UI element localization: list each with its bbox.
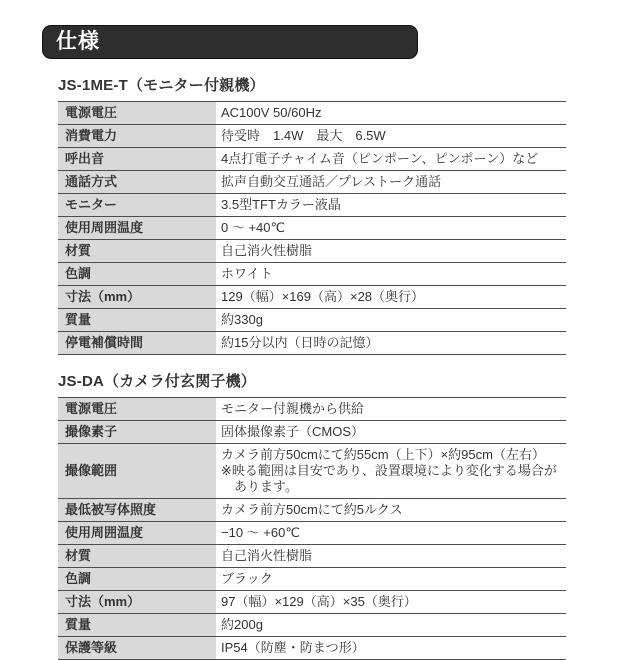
spec-row: 最低被写体照度 カメラ前方50cmにて約5ルクス (58, 499, 566, 522)
spec-value-text: AC100V 50/60Hz (221, 105, 562, 121)
spec-label: 色調 (58, 568, 216, 590)
spec-value: 約330g (216, 309, 566, 331)
spec-value: 約200g (216, 614, 566, 636)
spec-value-text: 約15分以内（日時の記憶） (221, 335, 562, 351)
spec-label: モニター (58, 194, 216, 216)
spec-row: 停電補償時間 約15分以内（日時の記憶） (58, 332, 566, 355)
spec-value: カメラ前方50cmにて約5ルクス (216, 499, 566, 521)
spec-label: 消費電力 (58, 125, 216, 147)
spec-label: 使用周囲温度 (58, 217, 216, 239)
spec-row: 呼出音 4点打電子チャイム音（ピンポーン、ピンポーン）など (58, 148, 566, 171)
spec-value-text: 129（幅）×169（高）×28（奥行） (221, 289, 562, 305)
spec-label: 停電補償時間 (58, 332, 216, 354)
spec-value-text: 4点打電子チャイム音（ピンポーン、ピンポーン）など (221, 151, 562, 167)
spec-row: 使用周囲温度 0 ～ +40℃ (58, 217, 566, 240)
spec-row: 撮像素子 固体撮像素子（CMOS） (58, 421, 566, 444)
section-title: JS-DA（カメラ付玄関子機） (58, 370, 566, 391)
spec-value-text: 待受時 1.4W 最大 6.5W (221, 128, 562, 144)
spec-value-text: 97（幅）×129（高）×35（奥行） (221, 594, 562, 610)
spec-row: 色調 ホワイト (58, 263, 566, 286)
spec-label: 最低被写体照度 (58, 499, 216, 521)
spec-value-note: ※映る範囲は目安であり、設置環境により変化する場合があります。 (221, 463, 562, 495)
spec-value: 0 ～ +40℃ (216, 217, 566, 239)
spec-label: 保護等級 (58, 637, 216, 659)
spec-row: 撮像範囲 カメラ前方50cmにて約55cm（上下）×約95cm（左右） ※映る範… (58, 444, 566, 499)
spec-label: 色調 (58, 263, 216, 285)
spec-row: 通話方式 拡声自動交互通話／プレストーク通話 (58, 171, 566, 194)
spec-value-text: ホワイト (221, 266, 562, 282)
spec-value: −10 ～ +60℃ (216, 522, 566, 544)
spec-row: 寸法（mm） 97（幅）×129（高）×35（奥行） (58, 591, 566, 614)
spec-label: 撮像素子 (58, 421, 216, 443)
spec-section: JS-1ME-T（モニター付親機） 電源電圧 AC100V 50/60Hz 消費… (58, 74, 566, 355)
spec-row: 電源電圧 AC100V 50/60Hz (58, 102, 566, 125)
spec-row: 電源電圧 モニター付親機から供給 (58, 398, 566, 421)
spec-value-text: IP54（防塵・防まつ形） (221, 640, 562, 656)
spec-row: 消費電力 待受時 1.4W 最大 6.5W (58, 125, 566, 148)
spec-value: 約15分以内（日時の記憶） (216, 332, 566, 354)
spec-value: 3.5型TFTカラー液晶 (216, 194, 566, 216)
spec-label: 材質 (58, 240, 216, 262)
spec-value-text: 0 ～ +40℃ (221, 220, 562, 236)
spec-label: 通話方式 (58, 171, 216, 193)
spec-label: 使用周囲温度 (58, 522, 216, 544)
spec-value-text: 約330g (221, 312, 562, 328)
spec-section: JS-DA（カメラ付玄関子機） 電源電圧 モニター付親機から供給 撮像素子 固体… (58, 370, 566, 660)
spec-label: 撮像範囲 (58, 444, 216, 498)
spec-table: 電源電圧 AC100V 50/60Hz 消費電力 待受時 1.4W 最大 6.5… (58, 101, 566, 355)
spec-value-text: 自己消火性樹脂 (221, 243, 562, 259)
spec-label: 寸法（mm） (58, 591, 216, 613)
spec-value: 自己消火性樹脂 (216, 545, 566, 567)
spec-label: 質量 (58, 309, 216, 331)
spec-label: 呼出音 (58, 148, 216, 170)
spec-value-text: カメラ前方50cmにて約55cm（上下）×約95cm（左右） (221, 447, 562, 463)
spec-label: 質量 (58, 614, 216, 636)
page-title: 仕様 (42, 25, 418, 59)
spec-row: 質量 約330g (58, 309, 566, 332)
spec-value-text: モニター付親機から供給 (221, 401, 562, 417)
spec-value-text: 3.5型TFTカラー液晶 (221, 197, 562, 213)
spec-value-text: −10 ～ +60℃ (221, 525, 562, 541)
spec-value: 固体撮像素子（CMOS） (216, 421, 566, 443)
spec-sections: JS-1ME-T（モニター付親機） 電源電圧 AC100V 50/60Hz 消費… (58, 74, 566, 660)
spec-row: 保護等級 IP54（防塵・防まつ形） (58, 637, 566, 660)
spec-value-text: ブラック (221, 571, 562, 587)
spec-table: 電源電圧 モニター付親機から供給 撮像素子 固体撮像素子（CMOS） 撮像範囲 … (58, 397, 566, 660)
page-title-label: 仕様 (56, 30, 100, 53)
spec-value: 4点打電子チャイム音（ピンポーン、ピンポーン）など (216, 148, 566, 170)
spec-value-text: 拡声自動交互通話／プレストーク通話 (221, 174, 562, 190)
spec-value: AC100V 50/60Hz (216, 102, 566, 124)
spec-value: 拡声自動交互通話／プレストーク通話 (216, 171, 566, 193)
spec-value: モニター付親機から供給 (216, 398, 566, 420)
spec-value: 待受時 1.4W 最大 6.5W (216, 125, 566, 147)
spec-row: 材質 自己消火性樹脂 (58, 240, 566, 263)
spec-row: 色調 ブラック (58, 568, 566, 591)
spec-value-text: 約200g (221, 617, 562, 633)
spec-value: 129（幅）×169（高）×28（奥行） (216, 286, 566, 308)
spec-label: 電源電圧 (58, 398, 216, 420)
spec-row: 材質 自己消火性樹脂 (58, 545, 566, 568)
spec-value: IP54（防塵・防まつ形） (216, 637, 566, 659)
spec-content: JS-1ME-T（モニター付親機） 電源電圧 AC100V 50/60Hz 消費… (58, 74, 566, 660)
spec-label: 電源電圧 (58, 102, 216, 124)
spec-label: 寸法（mm） (58, 286, 216, 308)
spec-value: 自己消火性樹脂 (216, 240, 566, 262)
spec-row: 寸法（mm） 129（幅）×169（高）×28（奥行） (58, 286, 566, 309)
spec-value-text: 自己消火性樹脂 (221, 548, 562, 564)
spec-value: カメラ前方50cmにて約55cm（上下）×約95cm（左右） ※映る範囲は目安で… (216, 444, 566, 498)
spec-row: 使用周囲温度 −10 ～ +60℃ (58, 522, 566, 545)
section-title: JS-1ME-T（モニター付親機） (58, 74, 566, 95)
spec-label: 材質 (58, 545, 216, 567)
spec-row: モニター 3.5型TFTカラー液晶 (58, 194, 566, 217)
spec-value-text: カメラ前方50cmにて約5ルクス (221, 502, 562, 518)
spec-value: ホワイト (216, 263, 566, 285)
spec-value-text: 固体撮像素子（CMOS） (221, 424, 562, 440)
spec-row: 質量 約200g (58, 614, 566, 637)
spec-value: ブラック (216, 568, 566, 590)
spec-value: 97（幅）×129（高）×35（奥行） (216, 591, 566, 613)
